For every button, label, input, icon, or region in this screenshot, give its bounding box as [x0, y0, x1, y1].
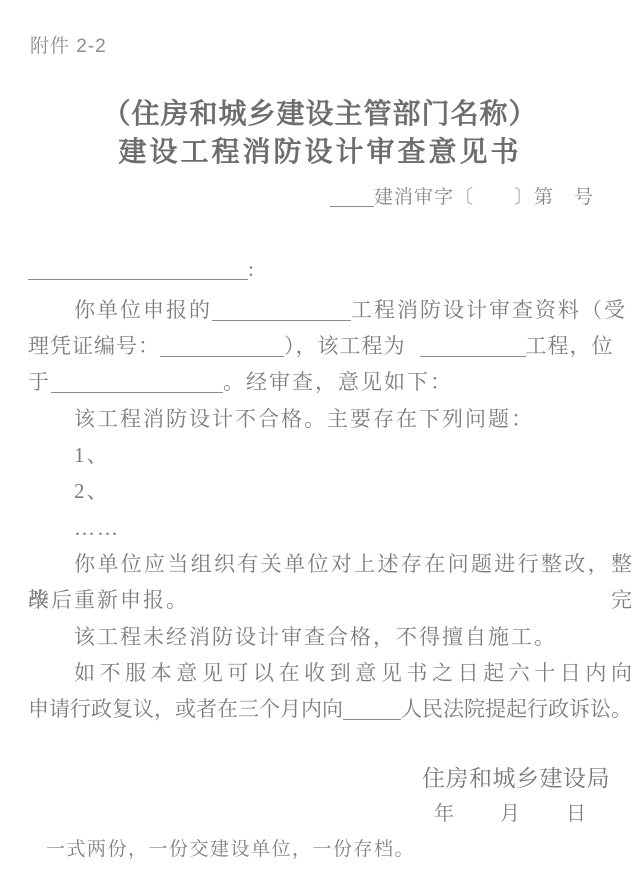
body-line-location: 于。经审查，意见如下： [28, 364, 634, 400]
appeal-line2-before: 申请行政复议，或者在三个月内向 [28, 697, 343, 721]
p1-line3-end: 。经审查，意见如下： [223, 370, 453, 394]
signature-date-line: 年 月 日 [434, 799, 588, 829]
appeal-line2-after: 人民法院提起行政诉讼。 [401, 697, 632, 721]
title-line-2: 建设工程消防设计审查意见书 [0, 134, 640, 172]
recipient-name-blank [28, 279, 248, 280]
problem-item-2: 2、 [28, 473, 634, 509]
project-type-blank [420, 356, 526, 357]
doc-number-text: 建消审字〔 〕第 号 [374, 187, 594, 208]
project-name-blank [212, 320, 351, 321]
no-construction-warning-line: 该工程未经消防设计审查合格，不得擅自施工。 [28, 619, 634, 655]
receipt-number-blank [160, 356, 284, 357]
copies-footer-note: 一式两份，一份交建设单位，一份存档。 [46, 836, 415, 864]
document-page: 附件 2-2 （住房和城乡建设主管部门名称） 建设工程消防设计审查意见书 建消审… [0, 0, 640, 876]
body-line-project-intro: 你单位申报的工程消防设计审查资料（受 [28, 292, 634, 328]
appeal-line-2: 申请行政复议，或者在三个月内向人民法院提起行政诉讼。 [28, 691, 634, 727]
p1-line2-end: 工程，位 [526, 334, 614, 358]
p1-line1-text-before: 你单位申报的 [74, 298, 212, 322]
rectify-line-2: 毕后重新申报。 [28, 582, 634, 618]
appeal-line-1: 如不服本意见可以在收到意见书之日起六十日内向 [28, 655, 634, 691]
document-title: （住房和城乡建设主管部门名称） 建设工程消防设计审查意见书 [0, 96, 640, 172]
doc-number-prefix-blank [330, 206, 374, 207]
salutation-colon: : [248, 257, 254, 281]
review-result-line: 该工程消防设计不合格。主要存在下列问题： [28, 401, 634, 437]
problem-item-ellipsis: …… [28, 510, 634, 546]
signature-organization: 住房和城乡建设局 [422, 764, 610, 794]
p1-line1-text-after: 工程消防设计审查资料（受 [351, 298, 627, 322]
problem-item-1: 1、 [28, 437, 634, 473]
attachment-label: 附件 2-2 [30, 34, 107, 60]
court-name-blank [343, 719, 401, 720]
project-location-blank [51, 392, 223, 393]
p1-line2-label: 理凭证编号： [28, 334, 160, 358]
salutation-line: : [28, 254, 254, 284]
body-line-receipt-number: 理凭证编号：），该工程为工程，位 [28, 328, 634, 364]
title-line-1: （住房和城乡建设主管部门名称） [0, 96, 640, 134]
doc-number-line: 建消审字〔 〕第 号 [330, 184, 594, 212]
p1-line2-mid: ），该工程为 [284, 334, 406, 358]
p1-line3-start: 于 [28, 370, 51, 394]
